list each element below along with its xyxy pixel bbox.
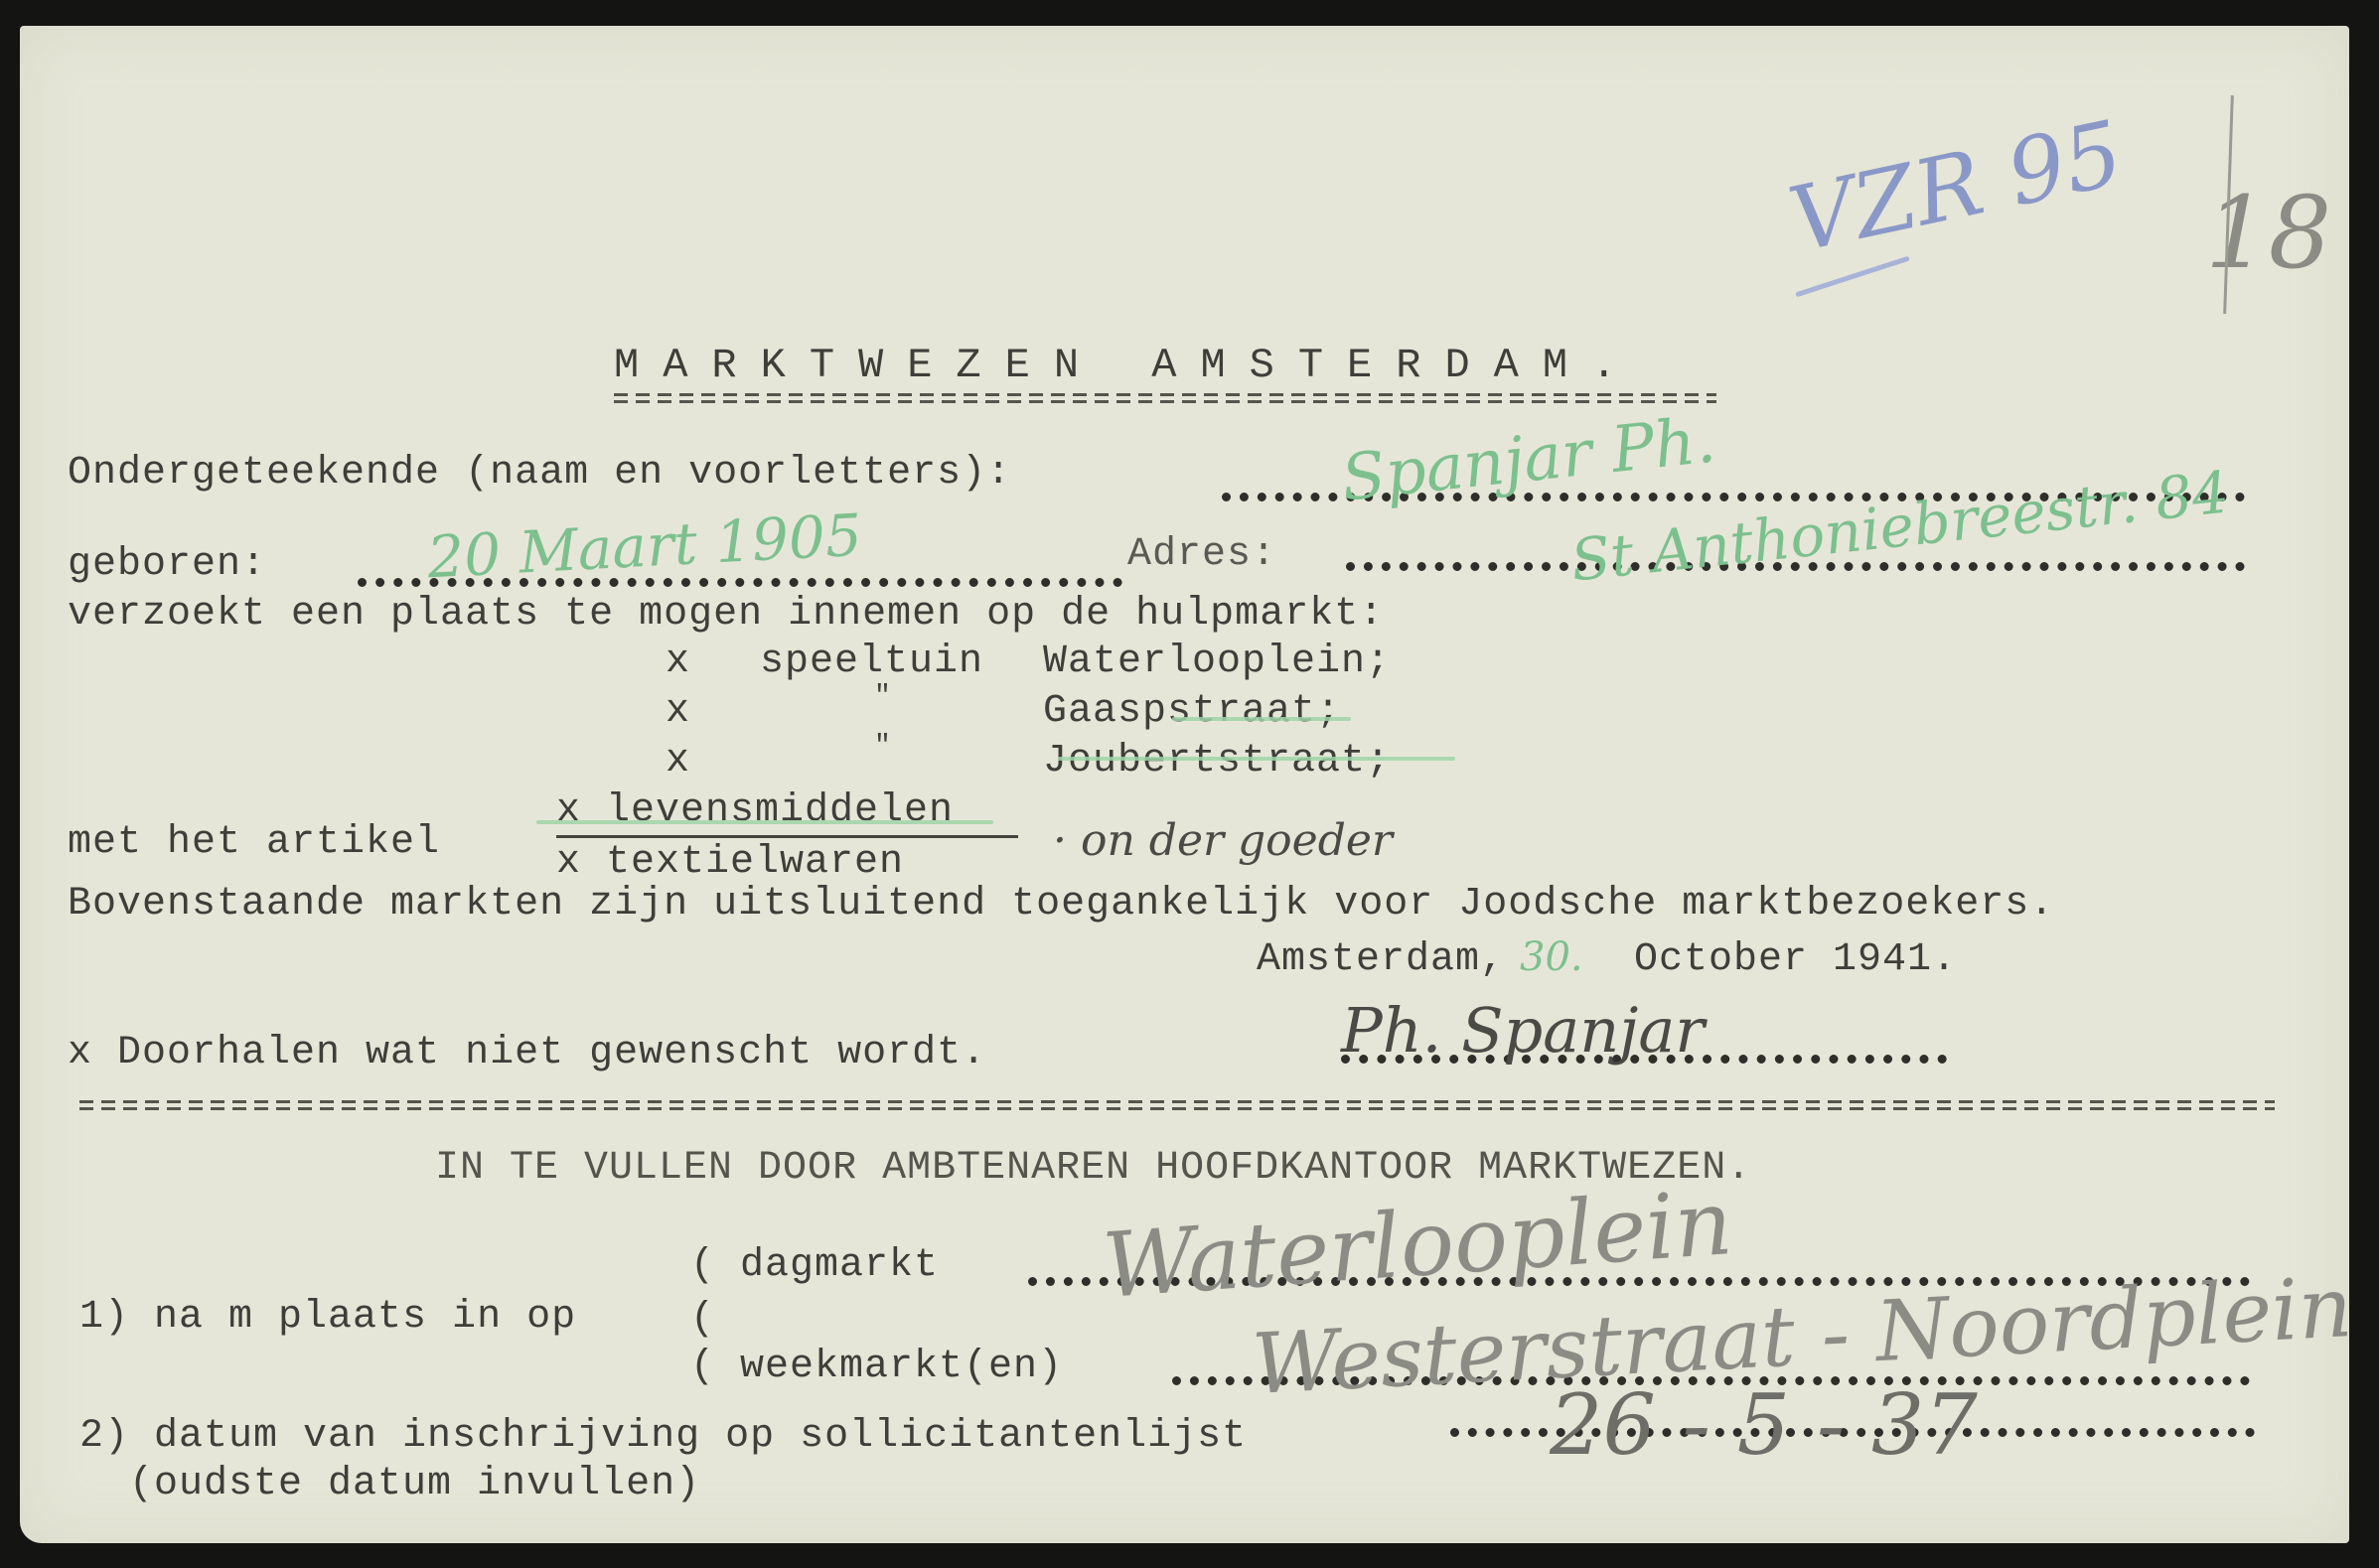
market-prefix-1: speeltuin [760, 640, 983, 684]
market-name-2: Gaaspstraat; [1043, 689, 1341, 734]
article-option-2: x textielwaren [556, 840, 904, 885]
signature-day: 30. [1520, 934, 1583, 980]
document-page: VZR 95 18 MARKTWEZEN AMSTERDAM. Onderget… [20, 26, 2349, 1543]
jewish-only-notice: Bovenstaande markten zijn uitsluitend to… [68, 882, 2054, 927]
signature-month-year: October 1941. [1634, 937, 1957, 982]
market-2-strikethrough [1172, 717, 1351, 721]
address-label: Adres: [1127, 532, 1276, 577]
section-separator [79, 1100, 2275, 1110]
strike-instruction: x Doorhalen wat niet gewenscht wordt. [68, 1031, 986, 1075]
article-option-1: x levensmiddelen [556, 788, 954, 833]
title-double-underline [614, 393, 1716, 403]
request-intro: verzoekt een plaats te mogen innemen op … [68, 592, 1384, 637]
weekmarkt-label: ( weekmarkt(en) [690, 1345, 1063, 1389]
item2-label: 2) datum van inschrijving op sollicitant… [79, 1414, 1247, 1459]
market-mark-2: x [666, 689, 690, 734]
signature-place: Amsterdam, [1257, 937, 1505, 982]
market-name-1: Waterlooplein; [1043, 640, 1391, 684]
market-name-3: Joubertstraat; [1043, 739, 1391, 784]
market-mark-1: x [666, 640, 690, 684]
article-1-strikethrough [536, 820, 993, 824]
market-mark-3: x [666, 739, 690, 784]
market-prefix-2: " [874, 681, 892, 712]
applicant-signature: Ph. Spanjar [1341, 994, 1705, 1067]
name-label: Ondergeteekende (naam en voorletters): [68, 451, 1011, 496]
dagmarkt-label: ( dagmarkt [690, 1243, 939, 1288]
market-3-strikethrough [1058, 757, 1455, 761]
item2-value: 26 - 5 - 37 [1550, 1376, 1978, 1474]
article-fraction-line [556, 835, 1018, 838]
article-handwritten-note: · on der goeder [1053, 815, 1393, 866]
item1-label: 1) na m plaats in op [79, 1295, 576, 1340]
page-title: MARKTWEZEN AMSTERDAM. [614, 342, 1640, 389]
article-label: met het artikel [68, 820, 440, 865]
market-prefix-3: " [874, 731, 892, 762]
archive-annotation-blue: VZR 95 [1781, 101, 2132, 273]
brace-middle: ( [690, 1297, 715, 1342]
item2-note: (oudste datum invullen) [129, 1462, 700, 1506]
born-label: geboren: [68, 542, 266, 587]
